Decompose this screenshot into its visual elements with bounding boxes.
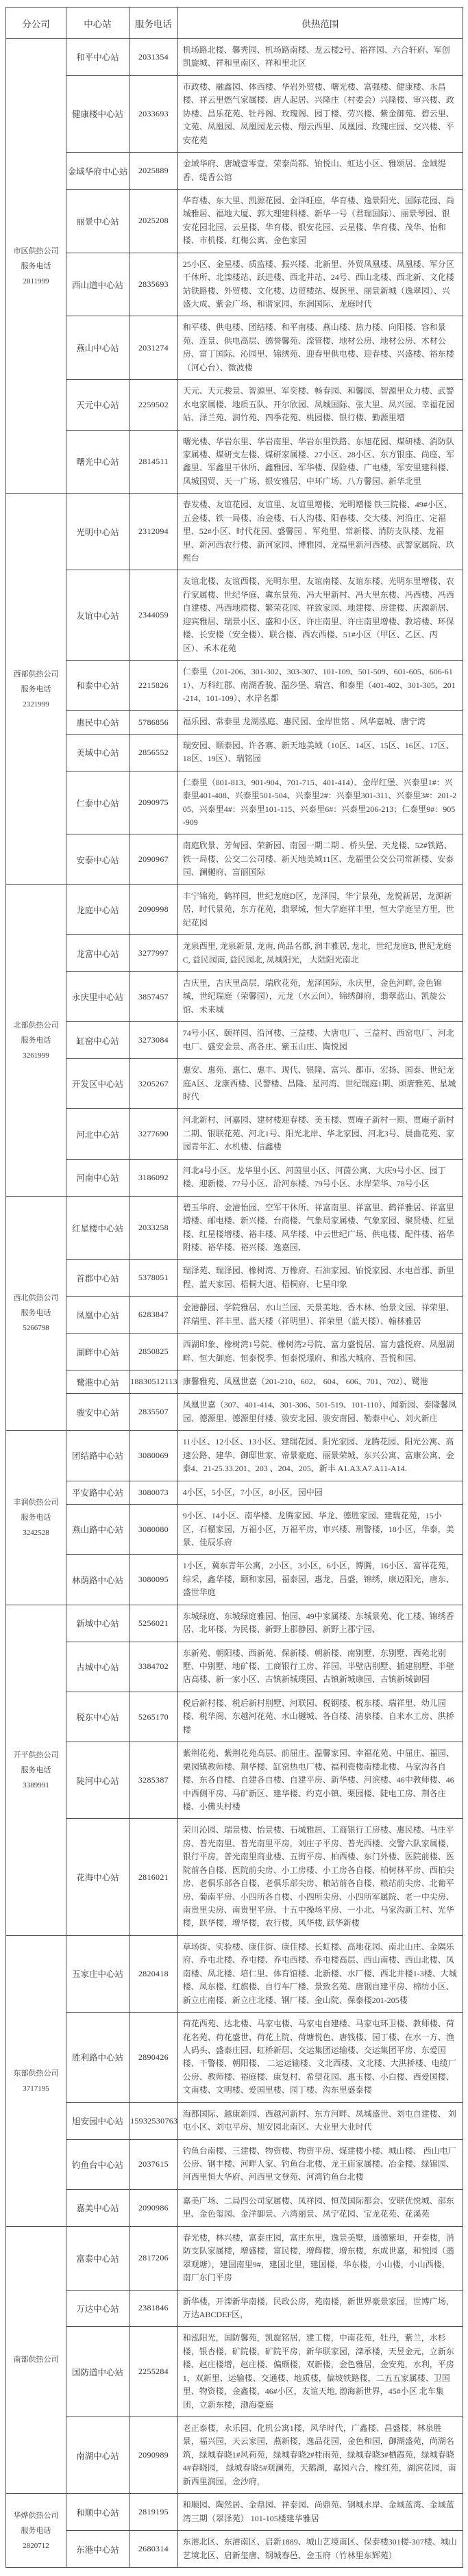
center-station-name: 河北中心站	[66, 1109, 130, 1159]
supply-range-text: 凤凰世嘉（307、401-414、301-306、501-519、101-110…	[177, 1394, 463, 1431]
supply-range-text: 惠安、惠苑、惠仁、惠丰、现代、银隆、富兴、都市、宏扬、国泰、世纪龙庭A区、龙康西…	[177, 1059, 463, 1109]
center-station-name: 税东中心站	[66, 1692, 130, 1742]
table-row: 首郡中心站5378051瑞泽苑、瑞泽园、橡树湾、万橡府、石油家园、铂悦家园、水电…	[6, 1260, 463, 1297]
supply-range-text: 东港北区、东港南区、启新1889、城山艺境南区、保泰楼301楼-307楼、城山艺…	[177, 2531, 463, 2568]
supply-range-text: 东新苑、朝阳楼、西新苑、保新楼、朝新楼、南别墅、东别墅、西苑北别墅、中别墅、地矿…	[177, 1642, 463, 1692]
header-row: 分公司 中心站 服务电话 供热范围	[6, 8, 463, 39]
center-station-name: 湖畔中心站	[66, 1334, 130, 1370]
supply-range-text: 南庭欣景、芳甸园、荣新园、南园一期二期 、桥头堡、天龙楼、52#铁路、铁一局楼、…	[177, 834, 463, 884]
service-phone-number: 3285387	[130, 1742, 178, 1819]
supply-range-text: 草场街、实验楼、康佳街、康佳楼、长虹楼、高地花园、南北山庄、金隅乐府、乔屯北楼、…	[177, 1935, 463, 2012]
supply-range-text: 仁泰里（801-813、901-904、701-715、401-414）、金岸红…	[177, 771, 463, 834]
center-station-name: 陡河中心站	[66, 1742, 130, 1819]
service-phone-number: 2037615	[130, 2139, 178, 2189]
supply-range-text: 春光楼，林兴楼，富泰庄园，富庄东里，逸景美墅，通德紫垣，开泰楼，消防支队家属楼，…	[177, 2226, 463, 2290]
table-row: 税东中心站5265170税后新村楼、税后新村别墅、河联园、税钢楼、税东楼、瑞祥里…	[6, 1692, 463, 1742]
table-row: 永庆里中心站3857457吉庆里，吉庆里高层，瑞欣花苑，龙泽国际，永庆里，金色河…	[6, 971, 463, 1021]
supply-range-text: 瑞泽苑、瑞泽园、橡树湾、万橡府、石油家园、铂悦家园、水电首郡、新里程、蓝天家园、…	[177, 1260, 463, 1297]
branch-company-line: 2811999	[7, 274, 65, 289]
center-station-name: 龙富中心站	[66, 935, 130, 972]
center-station-name: 骏安中心站	[66, 1394, 130, 1431]
service-phone-number: 2215826	[130, 661, 178, 711]
center-station-name: 西山道中心站	[66, 253, 130, 316]
table-row: 友谊中心站2344059友谊北楼、友谊西楼、光明东里、友谊南楼、友谊东楼、光明东…	[6, 570, 463, 661]
center-station-name: 花海中心站	[66, 1819, 130, 1936]
branch-company-line: 5266798	[7, 1321, 65, 1336]
center-station-name: 红星楼中心站	[66, 1196, 130, 1260]
center-station-name: 安泰中心站	[66, 834, 130, 884]
branch-company-line: 南部供热公司	[7, 2352, 65, 2367]
branch-company-line: 服务电话	[7, 1033, 65, 1048]
center-station-name: 仁泰中心站	[66, 771, 130, 834]
center-station-name: 金域华府中心站	[66, 153, 130, 190]
service-phone-number: 5265170	[130, 1692, 178, 1742]
supply-range-text: 紫荆花苑、紫荆花苑高层、前屈庄、温馨家园、幸福花苑、中屈庄、福园、栗园镇教师楼、…	[177, 1742, 463, 1819]
service-phone-number: 2835507	[130, 1394, 178, 1431]
center-station-name: 钓鱼台中心站	[66, 2139, 130, 2189]
supply-range-text: 瑞安园、顺泰园、许各寨、新天地美域（10区、14区、15区、16区、17区、18…	[177, 734, 463, 771]
service-phone-number: 2680314	[130, 2531, 178, 2568]
table-row: 金域华府中心站2025889金域华府、唐城壹零壹、荣泰尚都、铂悦山、虹达小区、雅…	[6, 153, 463, 190]
center-station-name: 古城中心站	[66, 1642, 130, 1692]
supply-range-text: 东城绿庭、东城绿庭雅园、怡园、49中家属楼、东城景苑、化工楼、锦绣香居、北环楼、…	[177, 1605, 463, 1642]
table-row: 丰润供热公司服务电话3242528团结路中心站308006911小区、12小区、…	[6, 1431, 463, 1481]
table-row: 曙光中心站2814511曙光楼、华岩东里、华岩南里、华岩东里铁路、东旭花园、煤研…	[6, 430, 463, 494]
table-row: 南湖中心站2090989老正泰楼，永乐园、化机公寓1楼，风华时代，广鑫楼、昌盛楼…	[6, 2417, 463, 2494]
service-phone-number: 2850825	[130, 1334, 178, 1370]
service-phone-number: 2856552	[130, 734, 178, 771]
branch-company-line: 西北供热公司	[7, 1290, 65, 1305]
col-header-supply-range: 供热范围	[177, 8, 463, 39]
supply-range-text: 11小区、12小区、13小区、建瑞花园、阳光家园、龙腾花园、阳光公寓、高速公路、…	[177, 1431, 463, 1481]
supply-range-text: 荣川沁园、瑞景楼、怡景楼、石城雅居、工商银行工房楼、惠民楼、马庄平房、普光南里、…	[177, 1819, 463, 1936]
supply-range-text: 74号小区、颐祥园、沿河楼、三益楼、大唐电厂、三益村、西窑电厂、河北电厂、盛安金…	[177, 1022, 463, 1059]
table-row: 西山道中心站283569325小区、金星楼、质监楼、振兴楼、北新里、外贸凤凰楼、…	[6, 253, 463, 316]
branch-company-line: 东部供热公司	[7, 2066, 65, 2081]
service-phone-number: 2090967	[130, 834, 178, 884]
service-phone-number: 2090986	[130, 2189, 178, 2226]
service-phone-number: 2816021	[130, 1819, 178, 1936]
service-phone-number: 2835693	[130, 253, 178, 316]
supply-range-text: 机场路北楼、馨秀园、机场路南楼、龙云楼2号、裕祥园、六合轩府、军创凯旋城、祥和里…	[177, 39, 463, 76]
table-row: 市区供热公司服务电话2811999和平中心站2031354机场路北楼、馨秀园、机…	[6, 39, 463, 76]
service-phone-number: 3273084	[130, 1022, 178, 1059]
supply-range-text: 税后新村楼、税后新村别墅、河联园、税钢楼、税东楼、瑞祥里、幼儿园楼、税华阁、东越…	[177, 1692, 463, 1742]
supply-range-text: 龙泉西里, 龙泉新景, 龙南, 尚品名都, 润丰雅居, 龙北，世纪龙庭B, 世纪…	[177, 935, 463, 972]
branch-company-line: 3389991	[7, 1778, 65, 1793]
center-station-name: 平安路中心站	[66, 1481, 130, 1504]
center-station-name: 丽景中心站	[66, 189, 130, 253]
table-row: 西部供热公司服务电话2321999光明中心站2312094春发楼、友谊花园、友谊…	[6, 494, 463, 570]
table-row: 林荫路中心站30800951小区，冀东青年公寓，2小区，3小区，6小区，博腾，1…	[6, 1555, 463, 1605]
table-row: 北部供热公司服务电话3261999龙庭中心站2090998丰宁锦苑，鹤祥园，世纪…	[6, 884, 463, 934]
table-row: 平安路中心站30800734小区，5小区，7小区，8小区，园中园	[6, 1481, 463, 1504]
supply-range-text: 钓鱼台南楼、三建楼、物资楼、物资平房、煤建楼小楼、城山楼、 西山电厂公房、钢丰楼…	[177, 2139, 463, 2189]
service-phone-number: 2820418	[130, 1935, 178, 2012]
service-phone-number: 3277690	[130, 1109, 178, 1159]
table-body: 市区供热公司服务电话2811999和平中心站2031354机场路北楼、馨秀园、机…	[6, 39, 463, 2568]
branch-company-line: 3717195	[7, 2081, 65, 2096]
center-station-name: 河南中心站	[66, 1159, 130, 1196]
branch-company-cell: 华烨供热公司服务电话2820712	[6, 2494, 66, 2568]
service-phone-number: 2344059	[130, 570, 178, 661]
table-row: 陡河中心站3285387紫荆花苑、紫荆花苑高层、前屈庄、温馨家园、幸福花苑、中屈…	[6, 1742, 463, 1819]
table-row: 丽景中心站2025208华育楼、东大里、凯源花园、金洋旺座，华育楼、逸景阳光、国…	[6, 189, 463, 253]
supply-range-text: 福乐园、常泰里 龙湖泓庭、惠民园、金岸世铭 、风华嘉城、唐宁湾	[177, 711, 463, 734]
branch-company-cell: 开平供热公司服务电话3389991	[6, 1605, 66, 1935]
center-station-name: 东港中心站	[66, 2531, 130, 2568]
center-station-name: 首郡中心站	[66, 1260, 130, 1297]
supply-range-text: 河北4号小区、龙华里小区、河茵里小区、河茵公寓、大庆9号小区、园丁楼、迎新楼、7…	[177, 1159, 463, 1196]
service-phone-number: 2381846	[130, 2290, 178, 2327]
service-phone-number: 3080080	[130, 1505, 178, 1555]
table-row: 龙富中心站3277997龙泉西里, 龙泉新景, 龙南, 尚品名都, 润丰雅居, …	[6, 935, 463, 972]
supply-range-text: 和泓阳光，国防馨苑，凯旋铭居，建工楼，中南花苑，牡丹，紫兰，水杉楼，银杏楼，矿院…	[177, 2327, 463, 2417]
table-row: 燕山路中心站30800809小区、14小区、南华楼、龙腾家园、华龙、德胜家园、建…	[6, 1505, 463, 1555]
col-header-branch-company: 分公司	[6, 8, 66, 39]
supply-range-text: 市政楼、融鑫园、体西楼、华岩外贸楼、曙光楼、富强楼、健康楼、永昌楼、祥云里燃气家…	[177, 75, 463, 152]
service-phone-number: 2025208	[130, 189, 178, 253]
supply-range-text: 碧玉华府、金港怡园、空军干休所、祥富南里、祥富里、鹤祥雅居、祥富里增楼、邮电楼、…	[177, 1196, 463, 1260]
center-station-name: 燕山路中心站	[66, 1505, 130, 1555]
table-row: 开平供热公司服务电话3389991新城中心站5256021东城绿庭、东城绿庭雅园…	[6, 1605, 463, 1642]
service-phone-number: 2025889	[130, 153, 178, 190]
branch-company-line: 市区供热公司	[7, 244, 65, 259]
table-row: 西北供热公司服务电话5266798红星楼中心站2033258碧玉华府、金港怡园、…	[6, 1196, 463, 1260]
col-header-center-station: 中心站	[66, 8, 130, 39]
service-phone-number: 3205267	[130, 1059, 178, 1109]
service-phone-number: 5786856	[130, 711, 178, 734]
branch-company-cell: 东部供热公司3717195	[6, 1935, 66, 2226]
branch-company-line: 2820712	[7, 2538, 65, 2553]
branch-company-line: 开平供热公司	[7, 1748, 65, 1763]
center-station-name: 燕山中心站	[66, 316, 130, 380]
branch-company-cell: 北部供热公司服务电话3261999	[6, 884, 66, 1196]
supply-range-text: 9小区、14小区、南华楼、龙腾家园、华龙、德胜家园、建瑞花苑，15小区，石榴家园…	[177, 1505, 463, 1555]
table-row: 仁泰中心站2090975仁泰里（801-813、901-904、701-715、…	[6, 771, 463, 834]
table-row: 旭安园中心站15932530763海都国际、越康新园、西越河新村、东方河畔、凤城…	[6, 2102, 463, 2139]
service-phone-number: 3080095	[130, 1555, 178, 1605]
center-station-name: 曙光中心站	[66, 430, 130, 494]
center-station-name: 富泰中心站	[66, 2226, 130, 2290]
service-phone-number: 2814511	[130, 430, 178, 494]
center-station-name: 健康楼中心站	[66, 75, 130, 152]
service-phone-number: 3277997	[130, 935, 178, 972]
table-row: 和泰中心站2215826仁泰里（201-206、301-302、303-307、…	[6, 661, 463, 711]
service-phone-number: 5378051	[130, 1260, 178, 1297]
supply-range-text: 丰宁锦苑，鹤祥园，世纪龙庭D区，龙泽园，华宁景苑，龙悦新居，龙源新居，时代景苑，…	[177, 884, 463, 934]
supply-range-text: 春发楼、友谊花园、友谊里、友谊里增楼、光明增楼 铁三院楼、49#小区、五金楼、铁…	[177, 494, 463, 570]
center-station-name: 友谊中心站	[66, 570, 130, 661]
table-header: 分公司 中心站 服务电话 供热范围	[6, 8, 463, 39]
supply-range-text: 4小区，5小区，7小区，8小区，园中园	[177, 1481, 463, 1504]
table-row: 国防道中心站2255284和泓阳光，国防馨苑，凯旋铭居，建工楼，中南花苑，牡丹，…	[6, 2327, 463, 2417]
service-phone-number: 2031354	[130, 39, 178, 76]
center-station-name: 林荫路中心站	[66, 1555, 130, 1605]
table-row: 胜利路中心站2890426荷花西苑、达北楼、马家屯楼、马家屯自建楼、马家屯环卫楼…	[6, 2013, 463, 2103]
center-station-name: 新城中心站	[66, 1605, 130, 1642]
table-row: 河南中心站3186092河北4号小区、龙华里小区、河茵里小区、河茵公寓、大庆9号…	[6, 1159, 463, 1196]
col-header-service-phone: 服务电话	[130, 8, 178, 39]
service-phone-number: 6283847	[130, 1297, 178, 1334]
service-phone-number: 2255284	[130, 2327, 178, 2417]
supply-range-text: 1小区，冀东青年公寓，2小区，3小区，6小区，博腾，16小区、富祥花苑，综采，鑫…	[177, 1555, 463, 1605]
table-row: 惠民中心站5786856福乐园、常泰里 龙湖泓庭、惠民园、金岸世铭 、风华嘉城、…	[6, 711, 463, 734]
branch-company-line: 服务电话	[7, 2523, 65, 2538]
center-station-name: 团结路中心站	[66, 1431, 130, 1481]
center-station-name: 鹭港中心站	[66, 1370, 130, 1394]
branch-company-line: 3242528	[7, 1525, 65, 1540]
supply-range-text: 和平楼、供电楼、团结楼、和平南楼、燕山楼、热力楼、向阳楼、容和景苑、连景、供电高…	[177, 316, 463, 380]
service-phone-number: 18830512113	[130, 1370, 178, 1394]
branch-company-line: 西部供热公司	[7, 667, 65, 682]
branch-company-line: 服务电话	[7, 682, 65, 697]
branch-company-line: 北部供热公司	[7, 1018, 65, 1033]
branch-company-line: 服务电话	[7, 1510, 65, 1525]
table-row: 钓鱼台中心站2037615钓鱼台南楼、三建楼、物资楼、物资平房、煤建楼小楼、城山…	[6, 2139, 463, 2189]
table-row: 河北中心站3277690河北新村、河嘉园、建材楼迎春楼、美玉楼、贾庵子新村一期、…	[6, 1109, 463, 1159]
table-row: 燕山中心站2031274和平楼、供电楼、团结楼、和平南楼、燕山楼、热力楼、向阳楼…	[6, 316, 463, 380]
supply-range-text: 仁泰里（201-206、301-302、303-307、101-109、501-…	[177, 661, 463, 711]
service-phone-number: 3080069	[130, 1431, 178, 1481]
branch-company-cell: 丰润供热公司服务电话3242528	[6, 1431, 66, 1605]
center-station-name: 和顺中心站	[66, 2494, 130, 2531]
supply-range-text: 吉庆里，吉庆里高层，瑞欣花苑，龙泽国际，永庆里，金色河畔, 金色锦城，世纪瑞庭（…	[177, 971, 463, 1021]
supply-range-text: 天元、天元骏景、智源里、军奕楼、畅春园、和馨园、智源里众力楼、武警水电家属楼、地…	[177, 380, 463, 430]
branch-company-line: 服务电话	[7, 259, 65, 274]
table-row: 古城中心站3384702东新苑、朝阳楼、西新苑、保新楼、朝新楼、南别墅、东别墅、…	[6, 1642, 463, 1692]
center-station-name: 国防道中心站	[66, 2327, 130, 2417]
service-phone-number: 2890426	[130, 2013, 178, 2103]
table-row: 万达中心站2381846新华楼，开滦新华南楼，民政公房，苑南楼，新世界豪景家园，…	[6, 2290, 463, 2327]
service-phone-number: 2819195	[130, 2494, 178, 2531]
service-phone-number: 2259502	[130, 380, 178, 430]
supply-range-text: 曙光楼、华岩东里、华岩南里、华岩东里铁路、东旭花园、煤研楼、消防队家属楼、煤研支…	[177, 430, 463, 494]
branch-company-cell: 市区供热公司服务电话2811999	[6, 39, 66, 494]
table-row: 美域中心站2856552瑞安园、顺泰园、许各寨、新天地美域（10区、14区、15…	[6, 734, 463, 771]
heating-service-table-page: 分公司 中心站 服务电话 供热范围 市区供热公司服务电话2811999和平中心站…	[0, 0, 468, 2576]
supply-range-text: 25小区、金星楼、质监楼、振兴楼、北新里、外贸凤凰楼、凤凰楼、军分区干休所、北滦…	[177, 253, 463, 316]
service-phone-number: 2090998	[130, 884, 178, 934]
table-row: 凤凰中心站6283847金港静园、学院雅居、水山兰园、天景美地、香木林、怡景文园…	[6, 1297, 463, 1334]
supply-range-text: 西湖印象、橡树湾1号院、橡树湾2号院、富力盛悦居、富力盛悦府、凤凰湖畔、恒大御庭…	[177, 1334, 463, 1370]
center-station-name: 美域中心站	[66, 734, 130, 771]
supply-range-text: 老正泰楼，永乐园、化机公寓1楼，风华时代，广鑫楼、昌盛楼，林泉胜景，福兴园，天云…	[177, 2417, 463, 2494]
center-station-name: 缸窑中心站	[66, 1022, 130, 1059]
service-phone-number: 2090975	[130, 771, 178, 834]
service-phone-number: 3857457	[130, 971, 178, 1021]
supply-range-text: 华育楼、东大里、凯源花园、金洋旺座，华育楼、逸景阳光、国际花园、尚城雅居、福地大…	[177, 189, 463, 253]
table-row: 缸窑中心站327308474号小区、颐祥园、沿河楼、三益楼、大唐电厂、三益村、西…	[6, 1022, 463, 1059]
center-station-name: 龙庭中心站	[66, 884, 130, 934]
center-station-name: 胜利路中心站	[66, 2013, 130, 2103]
service-phone-number: 15932530763	[130, 2102, 178, 2139]
table-row: 鹭港中心站18830512113康馨雅苑、凤凰世嘉（201-210、602、 6…	[6, 1370, 463, 1394]
table-row: 开发区中心站3205267惠安、惠苑、惠仁、惠丰、现代、银隆、富兴、都市、宏扬、…	[6, 1059, 463, 1109]
center-station-name: 永庆里中心站	[66, 971, 130, 1021]
center-station-name: 和泰中心站	[66, 661, 130, 711]
branch-company-line: 服务电话	[7, 1305, 65, 1321]
service-phone-number: 3384702	[130, 1642, 178, 1692]
supply-range-text: 康馨雅苑、凤凰世嘉（201-210、602、 604、 606、701、702）…	[177, 1370, 463, 1394]
service-phone-number: 2033258	[130, 1196, 178, 1260]
service-phone-number: 2312094	[130, 494, 178, 570]
table-row: 骏安中心站2835507凤凰世嘉（307、401-414、301-306、501…	[6, 1394, 463, 1431]
supply-range-text: 金港静园、学院雅居、水山兰园、天景美地、香木林、怡景文园、祥荣里、祥瑞里、祥丰里…	[177, 1297, 463, 1334]
supply-range-text: 荷花西苑、达北楼、马家屯楼、马家屯自建楼、马家屯环卫楼、教师楼、荷花名苑、荷花盛…	[177, 2013, 463, 2103]
table-row: 南部供热公司富泰中心站2817206春光楼，林兴楼，富泰庄园，富庄东里，逸景美墅…	[6, 2226, 463, 2290]
table-row: 东港中心站2680314东港北区、东港南区、启新1889、城山艺境南区、保泰楼3…	[6, 2531, 463, 2568]
branch-company-cell: 西部供热公司服务电话2321999	[6, 494, 66, 885]
table-row: 东部供热公司3717195五家庄中心站2820418草场街、实验楼、康佳街、康佳…	[6, 1935, 463, 2012]
table-row: 健康楼中心站2033693市政楼、融鑫园、体西楼、华岩外贸楼、曙光楼、富强楼、健…	[6, 75, 463, 152]
branch-company-line: 服务电话	[7, 1763, 65, 1778]
supply-range-text: 新华楼，开滦新华南楼，民政公房，苑南楼，新世界豪景家园，世博广场，万达ABCDE…	[177, 2290, 463, 2327]
supply-range-text: 金域华府、唐城壹零壹、荣泰尚都、铂悦山、虹达小区、雅颂居、金域缇香、缇香公馆	[177, 153, 463, 190]
service-phone-number: 2031274	[130, 316, 178, 380]
service-phone-number: 5256021	[130, 1605, 178, 1642]
service-phone-number: 3080073	[130, 1481, 178, 1504]
heating-supply-table: 分公司 中心站 服务电话 供热范围 市区供热公司服务电话2811999和平中心站…	[5, 7, 463, 2568]
center-station-name: 和平中心站	[66, 39, 130, 76]
table-row: 安泰中心站2090967南庭欣景、芳甸园、荣新园、南园一期二期 、桥头堡、天龙楼…	[6, 834, 463, 884]
service-phone-number: 2090989	[130, 2417, 178, 2494]
center-station-name: 旭安园中心站	[66, 2102, 130, 2139]
center-station-name: 开发区中心站	[66, 1059, 130, 1109]
supply-range-text: 河北新村、河嘉园、建材楼迎春楼、美玉楼、贾庵子新村一期、贾庵子新村二期、银联花苑…	[177, 1109, 463, 1159]
center-station-name: 光明中心站	[66, 494, 130, 570]
center-station-name: 嘉美中心站	[66, 2189, 130, 2226]
supply-range-text: 和顺园、陶然居、金鼎园、祥泰园、尚鼎苑、钢城水岸、金域蓝湾、金域蓝湾三期（翠泽苑…	[177, 2494, 463, 2531]
center-station-name: 惠民中心站	[66, 711, 130, 734]
supply-range-text: 嘉美广场、二局四公司家属楼、凤祥园、恒茂国际都会、安联优悦城、部东里、金色玺园、…	[177, 2189, 463, 2226]
service-phone-number: 2817206	[130, 2226, 178, 2290]
supply-range-text: 海都国际、越康新园、西越河新村、东方河畔、凤城盛世、刘屯自建楼、 刘屯小区、刘屯…	[177, 2102, 463, 2139]
center-station-name: 凤凰中心站	[66, 1297, 130, 1334]
branch-company-cell: 南部供热公司	[6, 2226, 66, 2493]
branch-company-line: 2321999	[7, 697, 65, 712]
center-station-name: 五家庄中心站	[66, 1935, 130, 2012]
branch-company-line: 3261999	[7, 1048, 65, 1063]
table-row: 天元中心站2259502天元、天元骏景、智源里、军奕楼、畅春园、和馨园、智源里众…	[6, 380, 463, 430]
center-station-name: 万达中心站	[66, 2290, 130, 2327]
supply-range-text: 友谊北楼、友谊西楼、光明东里、友谊南楼、友谊东楼、光明东里增楼、农行家属楼、世纪…	[177, 570, 463, 661]
service-phone-number: 2033693	[130, 75, 178, 152]
branch-company-cell: 西北供热公司服务电话5266798	[6, 1196, 66, 1431]
center-station-name: 天元中心站	[66, 380, 130, 430]
table-row: 湖畔中心站2850825西湖印象、橡树湾1号院、橡树湾2号院、富力盛悦居、富力盛…	[6, 1334, 463, 1370]
branch-company-line: 华烨供热公司	[7, 2508, 65, 2523]
service-phone-number: 3186092	[130, 1159, 178, 1196]
table-row: 华烨供热公司服务电话2820712和顺中心站2819195和顺园、陶然居、金鼎园…	[6, 2494, 463, 2531]
table-row: 花海中心站2816021荣川沁园、瑞景楼、怡景楼、石城雅居、工商银行工房楼、惠民…	[6, 1819, 463, 1936]
branch-company-line: 丰润供热公司	[7, 1495, 65, 1510]
table-row: 嘉美中心站2090986嘉美广场、二局四公司家属楼、凤祥园、恒茂国际都会、安联优…	[6, 2189, 463, 2226]
center-station-name: 南湖中心站	[66, 2417, 130, 2494]
